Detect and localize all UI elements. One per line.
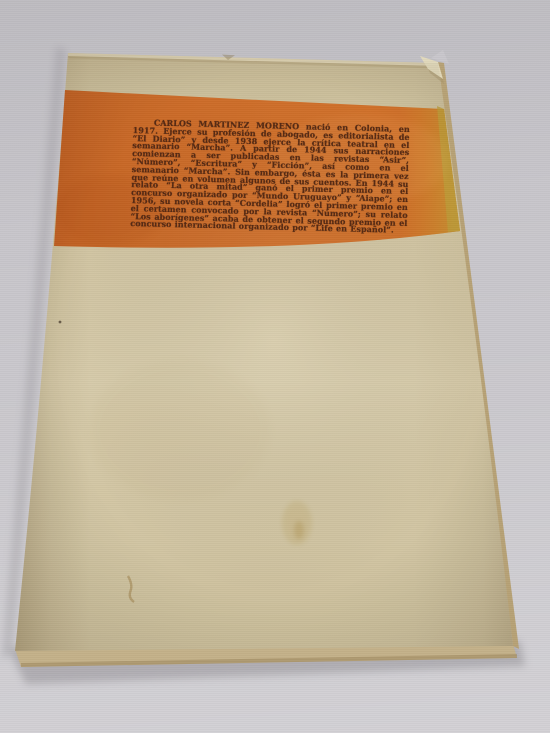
- book-photo-scene: CARLOS MARTINEZ MORENO nació en Colonia,…: [0, 0, 550, 733]
- author-blurb: CARLOS MARTINEZ MORENO nació en Colonia,…: [130, 119, 410, 235]
- book-illustration: [0, 0, 550, 733]
